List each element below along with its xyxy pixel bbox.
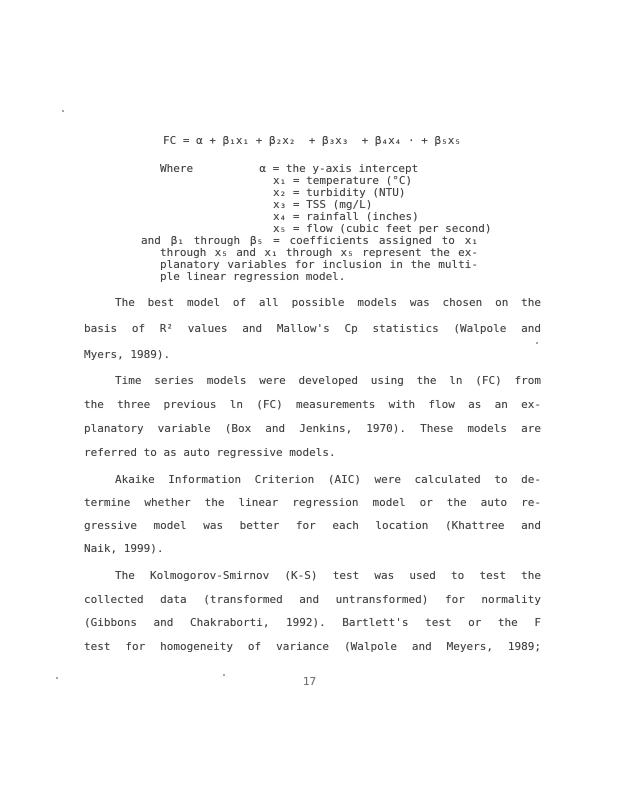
- paragraph-line: planatory variable (Box and Jenkins, 197…: [84, 422, 541, 435]
- paragraph-line: collected data (transformed and untransf…: [84, 593, 541, 606]
- paragraph-line: referred to as auto regressive models.: [84, 446, 336, 459]
- scan-speck: [536, 342, 538, 344]
- page-number: 17: [0, 675, 619, 688]
- paragraph-line: termine whether the linear regression mo…: [84, 496, 541, 509]
- paragraph-line: basis of R² values and Mallow's Cp stati…: [84, 322, 541, 335]
- scanned-document-page: FC = α + β₁x₁ + β₂x₂ + β₃x₃ + β₄x₄ · + β…: [0, 0, 619, 800]
- paragraph-line: Myers, 1989).: [84, 348, 170, 361]
- paragraph-line: (Gibbons and Chakraborti, 1992). Bartlet…: [84, 616, 541, 629]
- paragraph-line: Akaike Information Criterion (AIC) were …: [84, 473, 541, 486]
- paragraph-line: Time series models were developed using …: [84, 374, 541, 387]
- regression-equation: FC = α + β₁x₁ + β₂x₂ + β₃x₃ + β₄x₄ · + β…: [163, 134, 461, 147]
- paragraph-line: test for homogeneity of variance (Walpol…: [84, 640, 541, 653]
- scan-speck: [62, 110, 64, 112]
- scan-speck: [223, 674, 225, 676]
- paragraph-line: the three previous ln (FC) measurements …: [84, 398, 541, 411]
- scan-speck: [56, 677, 58, 679]
- paragraph-line: The Kolmogorov-Smirnov (K-S) test was us…: [84, 569, 541, 582]
- paragraph-line: The best model of all possible models wa…: [84, 296, 541, 309]
- coefficients-note-line: ple linear regression model.: [160, 270, 345, 283]
- paragraph-line: Naik, 1999).: [84, 542, 163, 555]
- paragraph-line: gressive model was better for each locat…: [84, 519, 541, 532]
